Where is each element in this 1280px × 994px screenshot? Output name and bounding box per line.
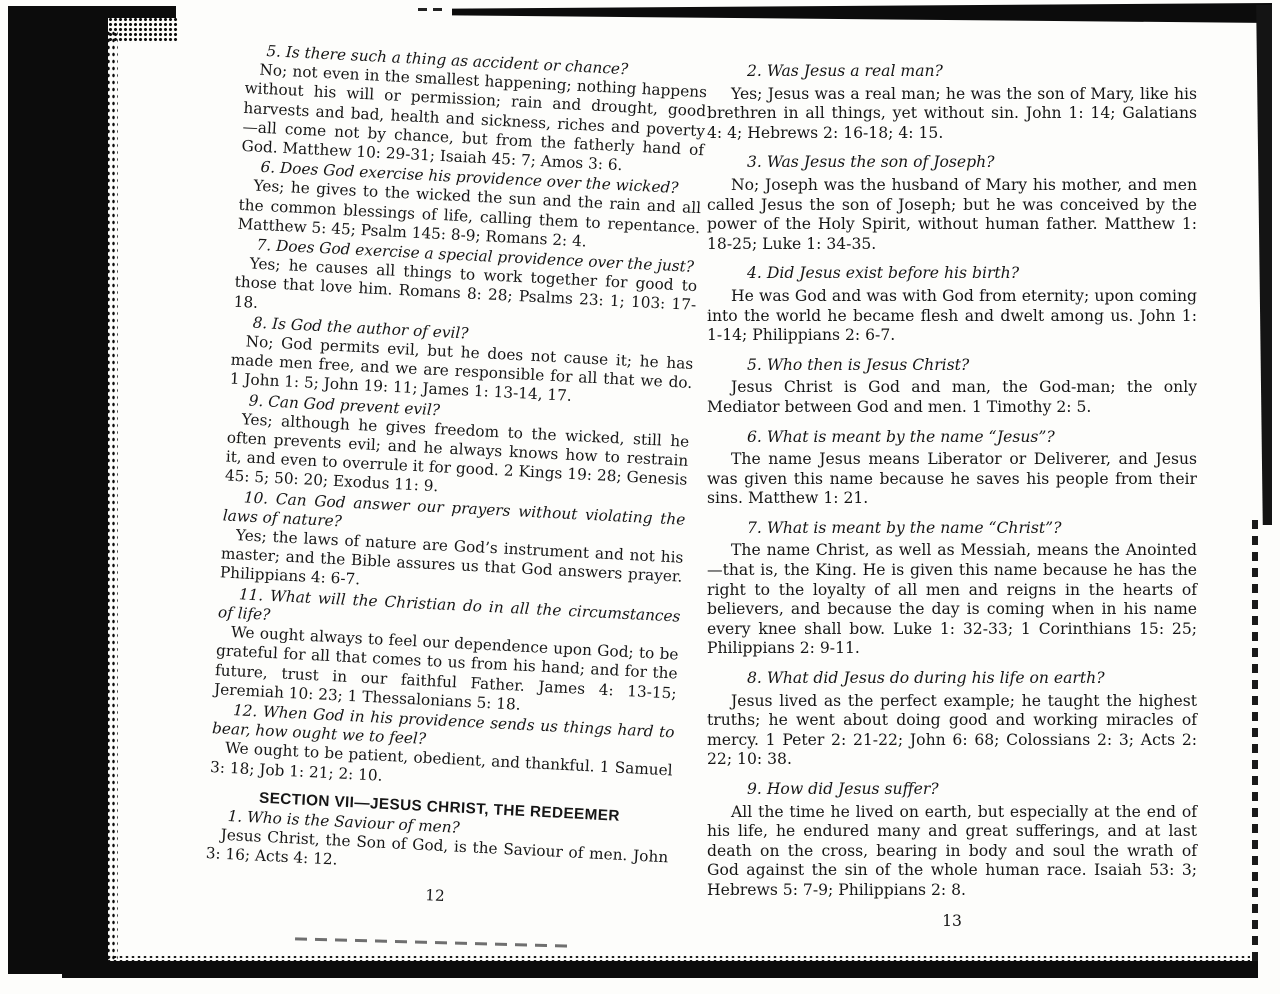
question: 4. Did Jesus exist before his birth?: [707, 264, 1197, 284]
question: 7. What is meant by the name “Christ”?: [707, 519, 1197, 539]
question: 9. How did Jesus suffer?: [707, 780, 1197, 800]
question: 6. What is meant by the name “Jesus”?: [707, 428, 1197, 448]
page-13: 2. Was Jesus a real man? Yes; Jesus was …: [707, 52, 1197, 931]
answer: He was God and was with God from eternit…: [707, 287, 1197, 346]
answer: The name Christ, as well as Messiah, mea…: [707, 541, 1197, 659]
answer: Yes; Jesus was a real man; he was the so…: [707, 85, 1197, 144]
scan-page-curl-dashes: [295, 937, 570, 947]
page-12: 5. Is there such a thing as accident or …: [204, 40, 709, 917]
answer: All the time he lived on earth, but espe…: [707, 803, 1197, 901]
scan-binding-left-speckle: [106, 30, 118, 960]
answer: No; Joseph was the husband of Mary his m…: [707, 176, 1197, 254]
answer: The name Jesus means Liberator or Delive…: [707, 450, 1197, 509]
scan-binding-left: [8, 6, 108, 974]
question: 5. Who then is Jesus Christ?: [707, 356, 1197, 376]
scan-edge-right-dashes: [1252, 520, 1258, 965]
question: 8. What did Jesus do during his life on …: [707, 669, 1197, 689]
answer: Jesus lived as the perfect example; he t…: [707, 692, 1197, 770]
scan-edge-right-band: [1250, 5, 1272, 525]
book-scan: 5. Is there such a thing as accident or …: [0, 0, 1280, 994]
answer: Jesus Christ is God and man, the God-man…: [707, 378, 1197, 417]
scan-edge-top-band: [452, 3, 1272, 23]
question: 3. Was Jesus the son of Joseph?: [707, 153, 1197, 173]
page-number: 13: [707, 912, 1197, 932]
question: 2. Was Jesus a real man?: [707, 62, 1197, 82]
scan-edge-bottom-band: [62, 961, 1258, 978]
scan-edge-top-dashes: [418, 8, 448, 11]
scan-top-left-speckle: [108, 17, 178, 43]
